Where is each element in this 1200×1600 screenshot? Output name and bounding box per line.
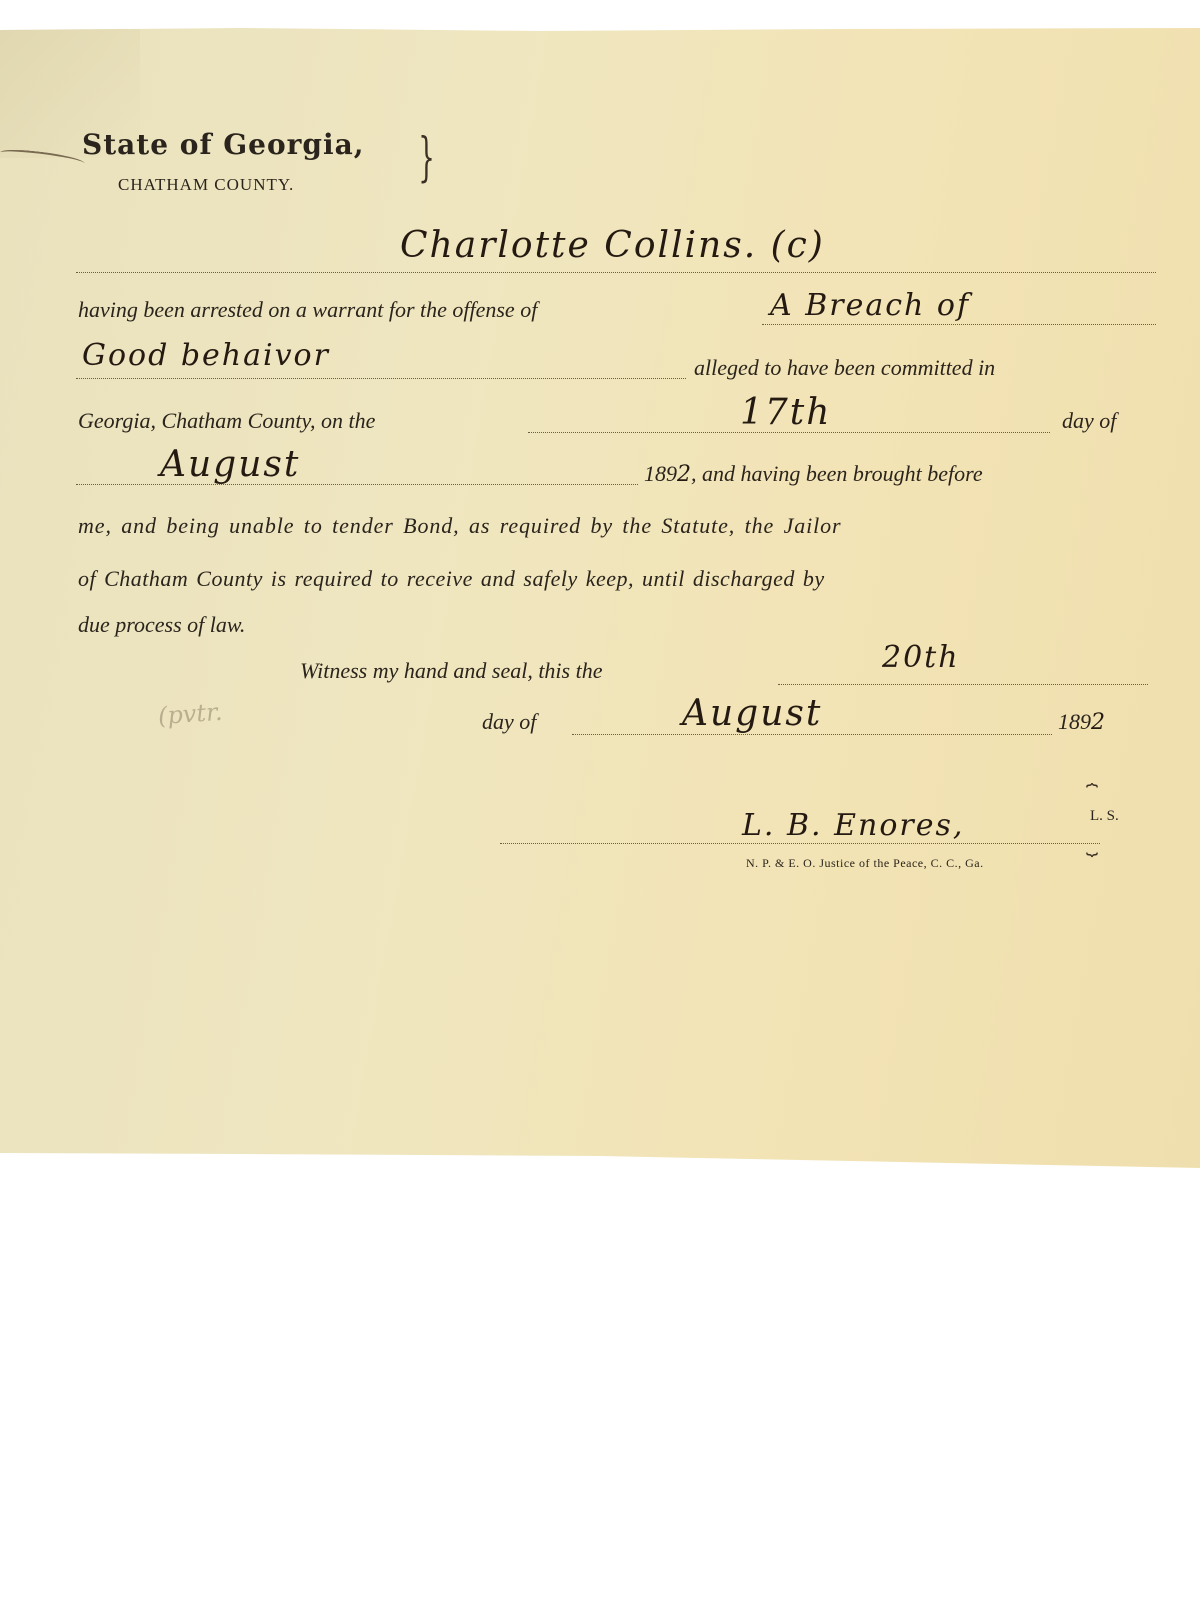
witness-day-line (778, 684, 1148, 685)
text-georgia: Georgia, Chatham County, on the (78, 408, 375, 434)
witness-year-suffix: 2 (1091, 710, 1105, 735)
witness-year: 1892 (1058, 709, 1105, 735)
witness-day: 20th (882, 640, 960, 675)
year-prefix: 189 (644, 461, 677, 486)
text-me: me, and being unable to tender Bond, as … (78, 513, 842, 539)
state-heading: State of Georgia, (82, 128, 365, 161)
faint-stamp-mark: (pvtr. (157, 698, 223, 730)
offense-line-1 (762, 324, 1156, 325)
text-day-of: day of (1062, 408, 1116, 434)
text-due-process: due process of law. (78, 612, 245, 638)
header-brace-icon: } (418, 128, 435, 188)
year-suffix: 2 (677, 462, 691, 487)
prisoner-name: Charlotte Collins. (c) (400, 225, 825, 266)
signature-line (500, 843, 1100, 844)
witness-month: August (682, 693, 822, 734)
offense-line-2 (76, 378, 686, 379)
paper-tear (0, 148, 85, 169)
text-day-of-2: day of (482, 709, 536, 735)
seal-brace-bottom-icon: ⏟ (1086, 832, 1098, 856)
text-chatham: of Chatham County is required to receive… (78, 566, 825, 592)
text-brought: , and having been brought before (691, 461, 983, 486)
signature: L. B. Enores, (742, 808, 964, 843)
seal-brace-top-icon: ⏞ (1086, 782, 1098, 806)
offense-part2: Good behaivor (82, 338, 330, 373)
offense-month: August (160, 444, 300, 485)
text-arrested: having been arrested on a warrant for th… (78, 297, 537, 323)
name-line (76, 272, 1156, 273)
witness-month-line (572, 734, 1052, 735)
offense-day: 17th (740, 392, 831, 433)
document-paper (0, 28, 1200, 1168)
text-witness: Witness my hand and seal, this the (300, 658, 602, 684)
seal-label: L. S. (1090, 808, 1119, 825)
offense-year: 1892, and having been brought before (644, 461, 983, 487)
witness-year-prefix: 189 (1058, 709, 1091, 734)
text-alleged: alleged to have been committed in (694, 355, 995, 381)
title-line: N. P. & E. O. Justice of the Peace, C. C… (746, 856, 984, 871)
county-heading: CHATHAM COUNTY. (118, 175, 294, 195)
offense-part1: A Breach of (770, 288, 970, 323)
